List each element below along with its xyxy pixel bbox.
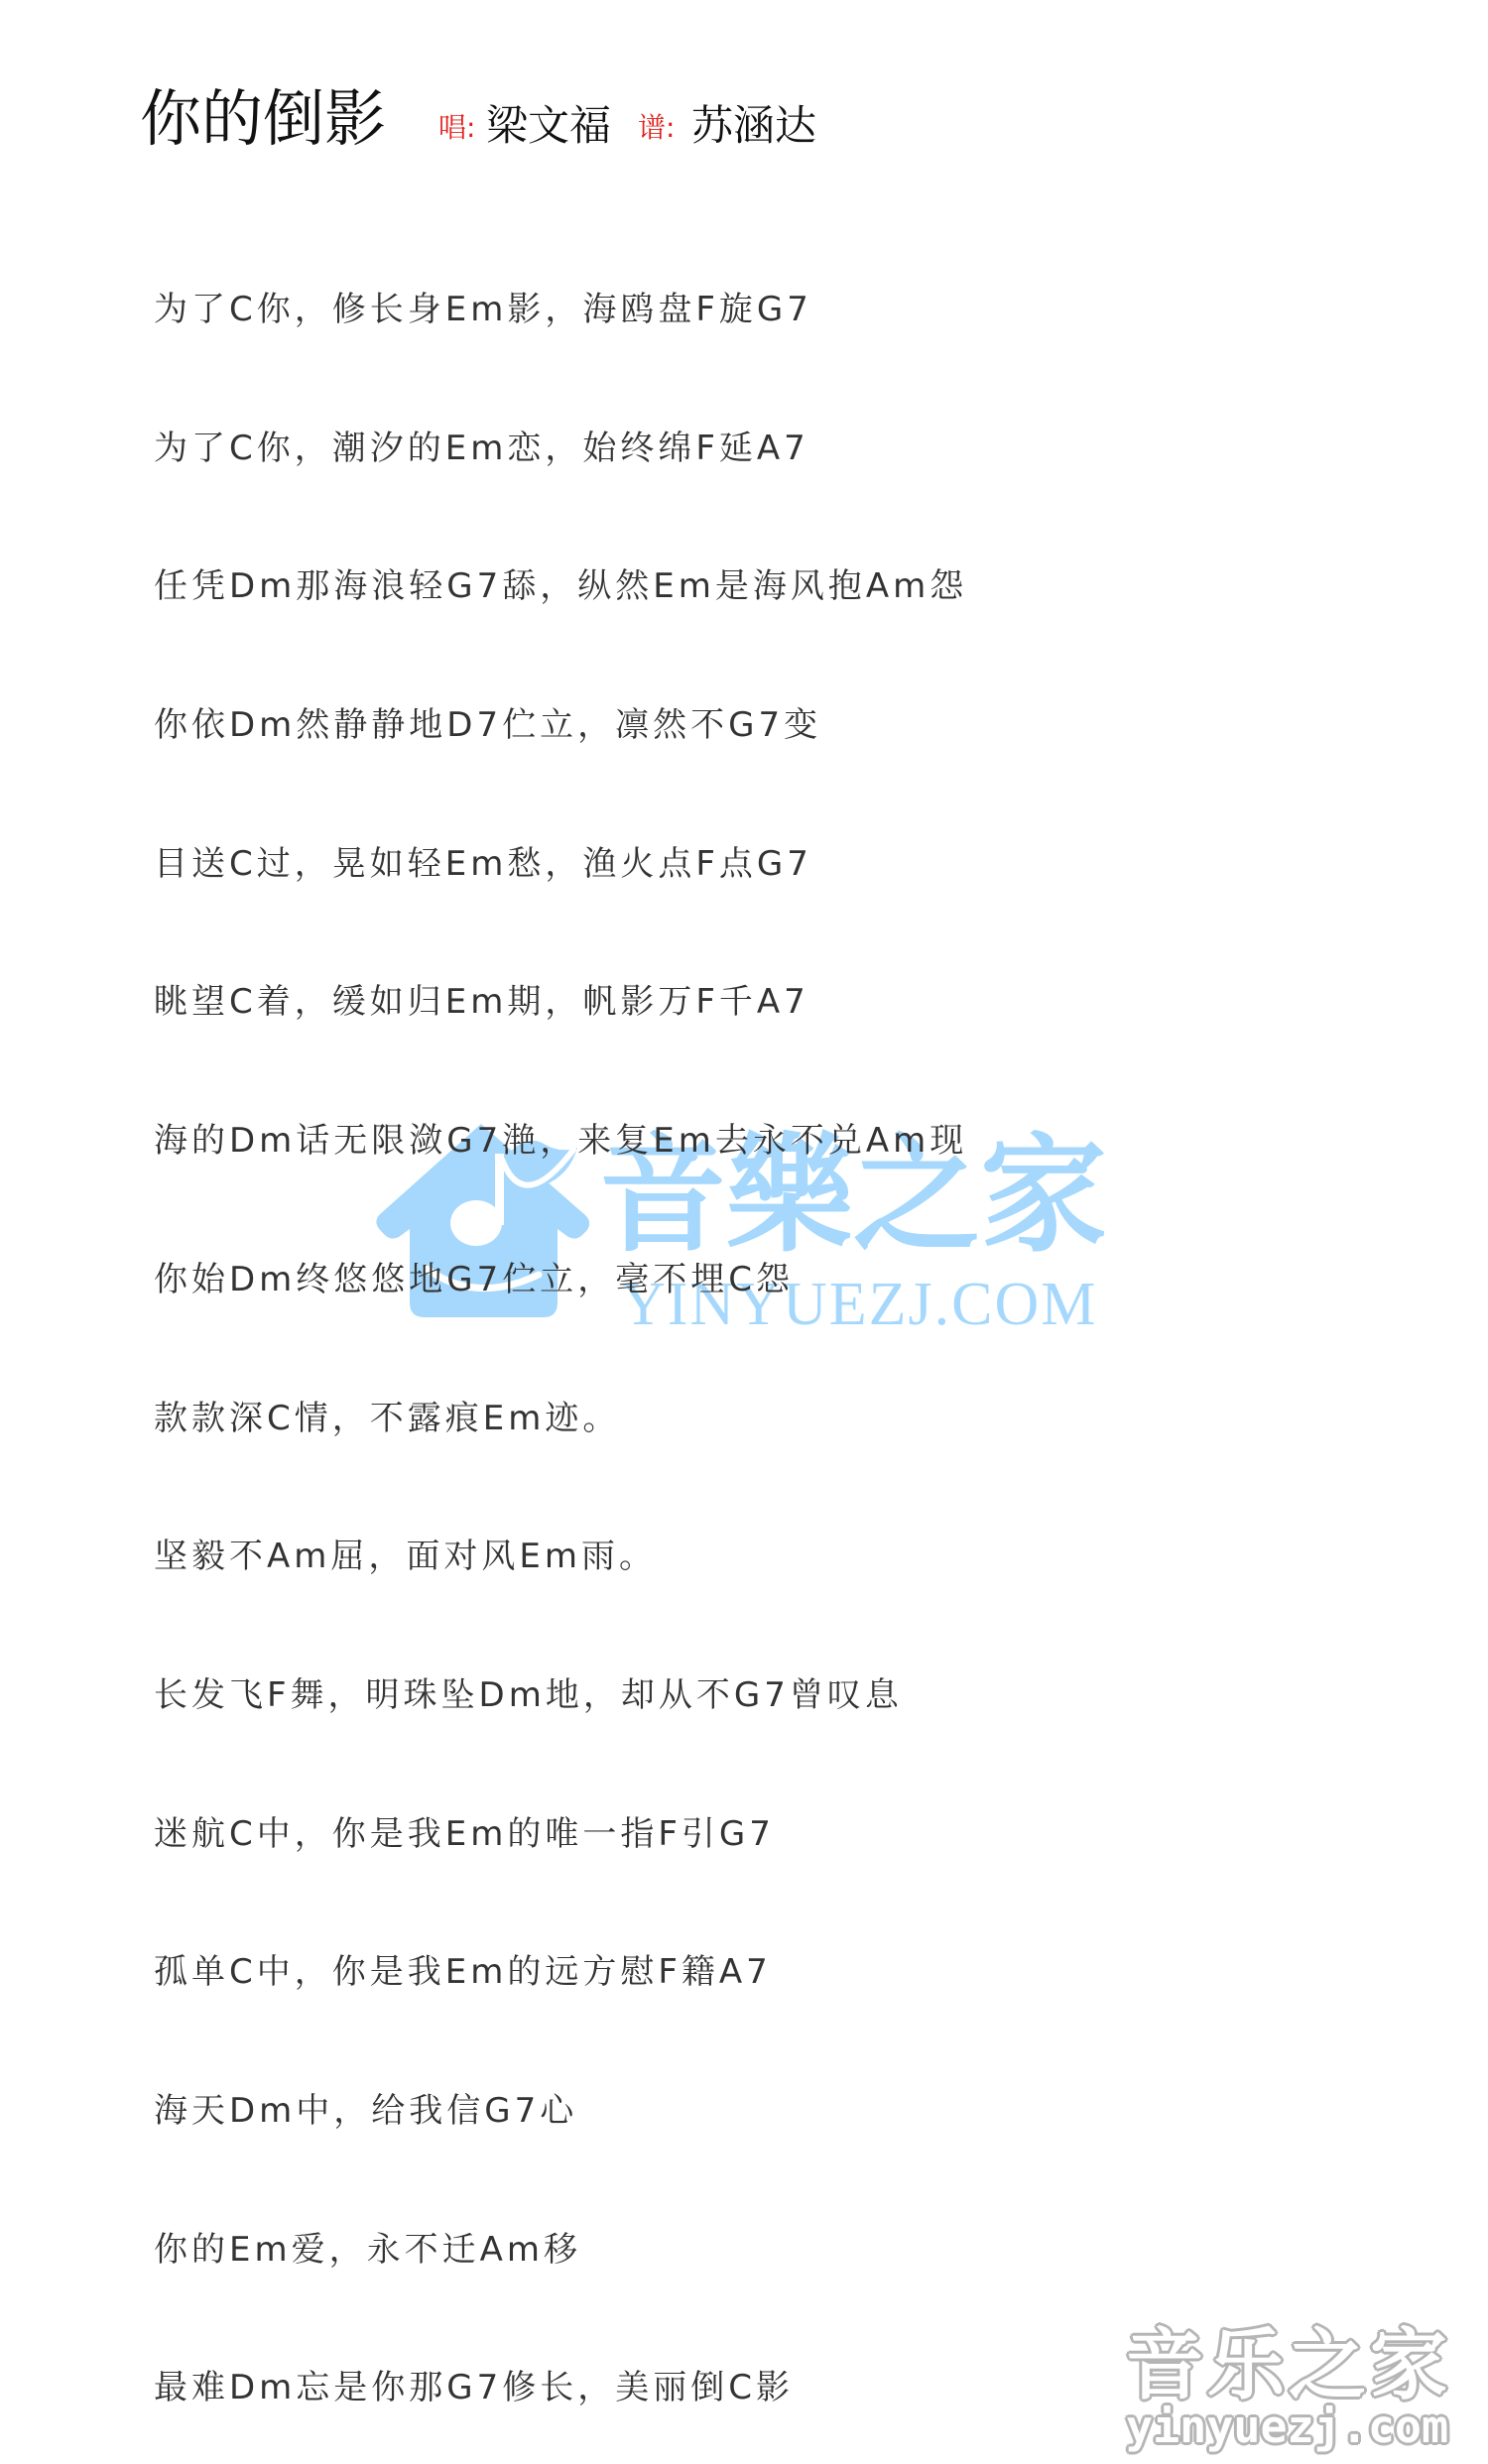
lyric-line: 海的Dm话无限潋G7滟，来复Em去永不兑Am现	[154, 1072, 967, 1211]
arranger-name: 苏涵达	[691, 101, 816, 151]
lyric-line: 任凭Dm那海浪轻G7舔，纵然Em是海风抱Am怨	[154, 518, 967, 657]
lyric-line: 迷航C中，你是我Em的唯一指F引G7	[154, 1766, 967, 1905]
lyric-line: 孤单C中，你是我Em的远方慰F籍A7	[154, 1904, 967, 2042]
lyric-line: 你始Dm终悠悠地G7伫立，毫不埋C怨	[154, 1211, 967, 1350]
lyric-line: 坚毅不Am屈，面对风Em雨。	[154, 1488, 967, 1627]
lyric-line: 眺望C着，缓如归Em期，帆影万F千A7	[154, 933, 967, 1072]
song-title: 你的倒影	[140, 79, 386, 159]
corner-watermark-en: yinyuezj.com	[1126, 2404, 1448, 2450]
lyric-line: 你的Em爱，永不迁Am移	[154, 2181, 967, 2320]
corner-watermark-cn: 音乐之家	[1126, 2324, 1451, 2407]
lyric-line: 长发飞F舞，明珠坠Dm地，却从不G7曾叹息	[154, 1627, 967, 1766]
singer-name: 梁文福	[486, 101, 611, 151]
lyric-line: 最难Dm忘是你那G7修长，美丽倒C影	[154, 2319, 967, 2458]
lyric-line: 目送C过，晃如轻Em愁，渔火点F点G7	[154, 796, 967, 934]
lyric-line: 你依Dm然静静地D7伫立，凛然不G7变	[154, 657, 967, 796]
chord-sheet-page: 你的倒影 唱: 梁文福 谱: 苏涵达 为了C你，修长身Em影，海鸥盘F旋G7 为…	[0, 0, 1488, 2464]
arranger-label: 谱:	[638, 110, 675, 146]
lyric-line: 为了C你，潮汐的Em恋，始终绵F延A7	[154, 380, 967, 519]
lyric-line: 海天Dm中，给我信G7心	[154, 2042, 967, 2181]
lyric-line: 为了C你，修长身Em影，海鸥盘F旋G7	[154, 241, 967, 380]
singer-label: 唱:	[438, 110, 475, 146]
lyrics-with-chords: 为了C你，修长身Em影，海鸥盘F旋G7 为了C你，潮汐的Em恋，始终绵F延A7 …	[154, 241, 967, 2458]
lyric-line: 款款深C情，不露痕Em迹。	[154, 1350, 967, 1489]
